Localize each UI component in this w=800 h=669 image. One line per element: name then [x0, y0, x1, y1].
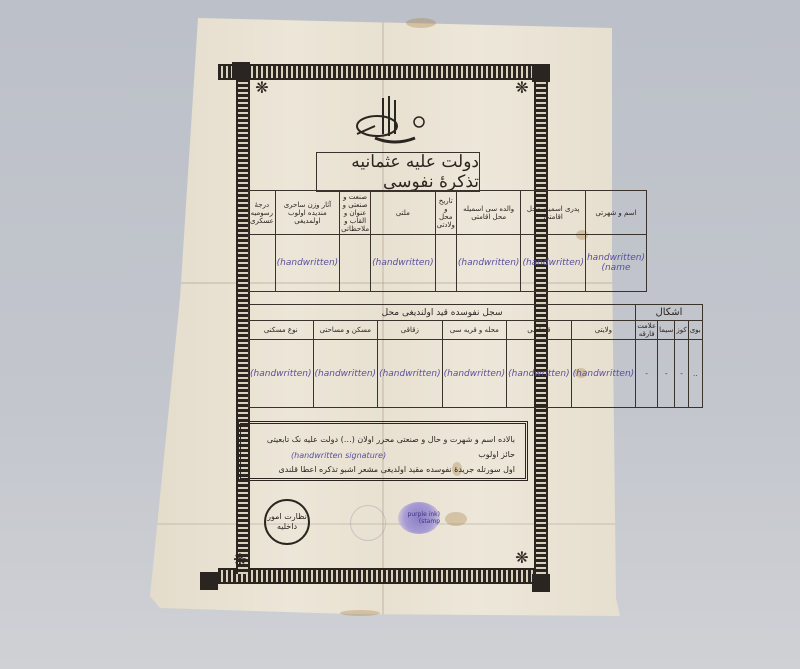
ministry-seal: نظارت امور داخلیه — [264, 499, 310, 545]
fan-ornament-icon: ❋ — [230, 550, 250, 570]
cell-residence-type: (handwritten) — [249, 340, 314, 408]
header-marks: آثار وزن ساحری مندیده اولوب اولمدیغی — [275, 191, 340, 235]
header-residence-type: نوع مسکنی — [249, 321, 314, 340]
cell-military — [249, 235, 276, 292]
header-district: قضاسی — [507, 321, 572, 340]
document-title: دولت علیه عثمانیه تذکرهٔ نفوسی — [316, 152, 480, 192]
fan-ornament-icon: ❋ — [512, 548, 532, 568]
header-father: پدری اسمیله محل اقامتی — [521, 191, 586, 235]
frame-corner — [200, 572, 218, 590]
declaration-box: بالاده اسم و شهرت و حال و صنعتی محرر اول… — [238, 421, 528, 481]
header-eyes: کوز — [675, 321, 688, 340]
header-occupation: صنعت و صنعتی و عنوان و القاب و ملاحظاتی — [340, 191, 371, 235]
header-neighborhood: محله و قریه سی — [442, 321, 507, 340]
header-nationality: ملتی — [371, 191, 436, 235]
header-distinguishing-mark: علامت فارقه — [636, 321, 658, 340]
cell-street: (handwritten) — [378, 340, 443, 408]
cell-province: (handwritten) — [571, 340, 636, 408]
frame-border-bottom — [218, 568, 538, 584]
frame-corner — [232, 62, 250, 80]
cell-residence: (handwritten) — [313, 340, 378, 408]
tughra-icon — [345, 94, 435, 154]
header-birth: تاریخ و محل ولادتی — [435, 191, 456, 235]
cell-mother: (handwritten) — [456, 235, 521, 292]
cell-district: (handwritten) — [507, 340, 572, 408]
frame-corner — [532, 64, 550, 82]
header-mother: والده سی اسمیله محل اقامتی — [456, 191, 521, 235]
cell-distinguishing-mark: - — [636, 340, 658, 408]
declaration-line-2: اول سورتله جریدهٔ نفوسده مقید اولدیغی مش… — [251, 462, 515, 477]
header-street: زقاقی — [378, 321, 443, 340]
faint-stamp — [350, 505, 386, 541]
cell-occupation — [340, 235, 371, 292]
header-province: ولایتی — [571, 321, 636, 340]
fan-ornament-icon: ❋ — [252, 78, 272, 98]
cell-father: (handwritten) — [521, 235, 586, 292]
cell-nationality: (handwritten) — [371, 235, 436, 292]
header-military: درجهٔ رسومیه عسکری — [249, 191, 276, 235]
fan-ornament-icon: ❋ — [512, 78, 532, 98]
cell-height: .. — [688, 340, 702, 408]
frame-corner — [532, 574, 550, 592]
group-physical-features: اشکال — [636, 305, 703, 321]
personal-info-table: اسم و شهرتی پدری اسمیله محل اقامتی والده… — [248, 190, 647, 292]
cell-marks: (handwritten) — [275, 235, 340, 292]
cell-birth — [435, 235, 456, 292]
header-name: اسم و شهرتی — [585, 191, 646, 235]
header-residence: مسکن و مساحتی — [313, 321, 378, 340]
purple-ink-stamp: (purple ink stamp) — [398, 502, 440, 534]
group-registry-location: سجل نفوسده قید اولندیغی محل — [249, 305, 636, 321]
stain — [406, 18, 436, 28]
header-face: سیما — [658, 321, 675, 340]
cell-name: (handwritten name) — [585, 235, 646, 292]
handwritten-signature: (handwritten signature) — [291, 448, 386, 463]
physical-registry-table: اشکال سجل نفوسده قید اولندیغی محل بوی کو… — [248, 304, 703, 408]
header-height: بوی — [688, 321, 702, 340]
stain — [340, 610, 380, 616]
cell-face: - — [658, 340, 675, 408]
cell-neighborhood: (handwritten) — [442, 340, 507, 408]
cell-eyes: - — [675, 340, 688, 408]
